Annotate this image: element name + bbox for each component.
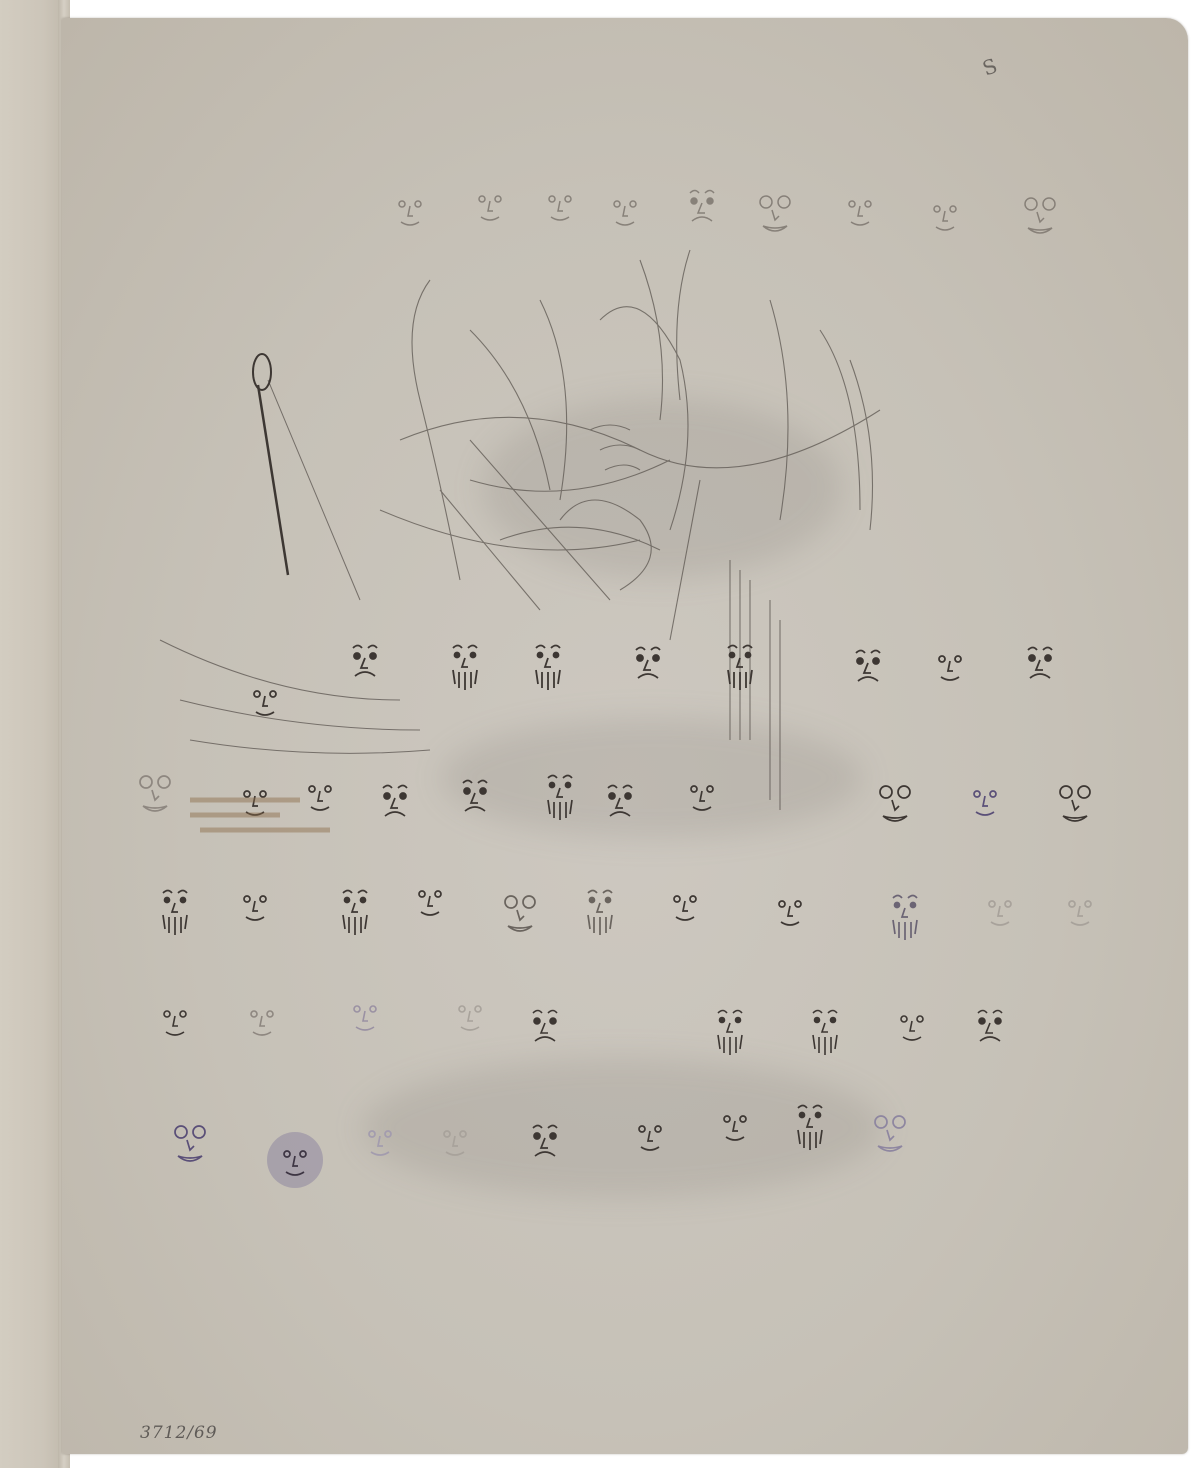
scanned-sketch-page: S 3712/69 — [0, 0, 1200, 1468]
sketch-drawings — [0, 0, 1200, 1468]
face-row-1 — [399, 191, 1055, 234]
face-row-4 — [163, 891, 1091, 941]
face-row-6 — [175, 1106, 905, 1189]
needle-drawing — [160, 354, 430, 753]
central-scribble-figure — [380, 250, 880, 810]
face-row-2 — [254, 646, 1052, 716]
inventory-number: 3712/69 — [140, 1423, 218, 1443]
face-row-5 — [164, 1006, 1002, 1055]
